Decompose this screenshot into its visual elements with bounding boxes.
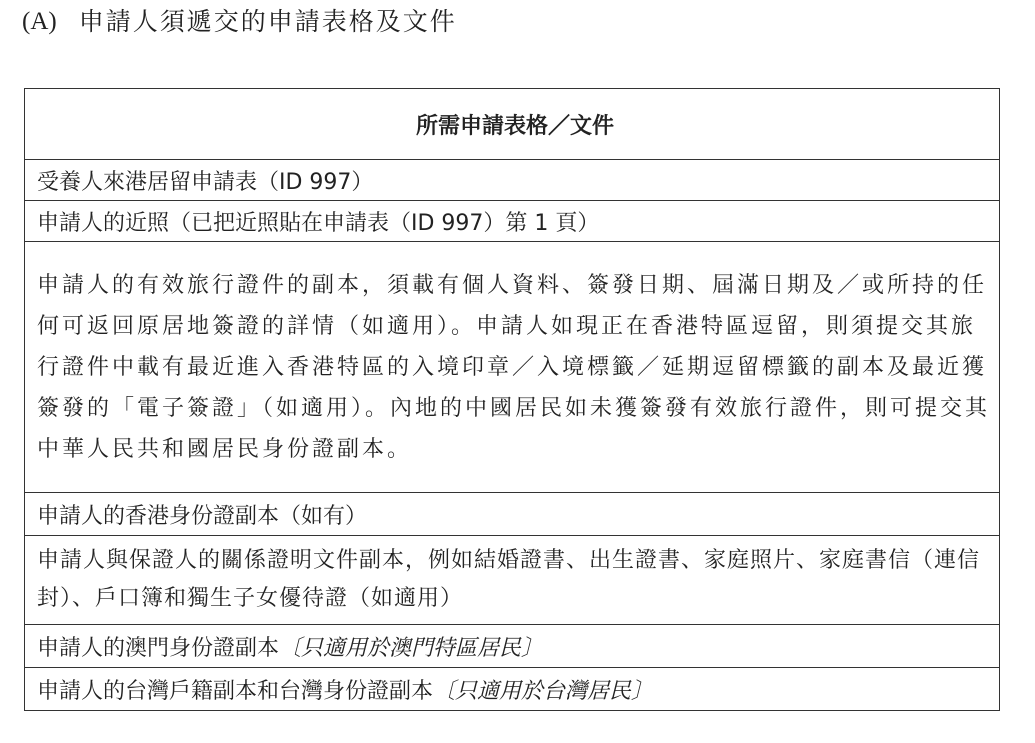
table-cell: 申請人的澳門身份證副本〔只適用於澳門特區居民〕 [25,625,1000,668]
table-row: 申請人的澳門身份證副本〔只適用於澳門特區居民〕 [25,625,1000,668]
table-row: 申請人的香港身份證副本（如有） [25,493,1000,536]
table-cell: 申請人的香港身份證副本（如有） [25,493,1000,536]
table-cell: 申請人的有效旅行證件的副本，須載有個人資料、簽發日期、屆滿日期及／或所持的任何可… [25,242,1000,493]
table-cell: 申請人與保證人的關係證明文件副本，例如結婚證書、出生證書、家庭照片、家庭書信（連… [25,536,1000,625]
section-title: 申請人須遞交的申請表格及文件 [79,4,457,40]
table-row: 受養人來港居留申請表（ID 997） [25,160,1000,201]
document-text: 受養人來港居留申請表（ID 997） [37,170,373,195]
applicability-note: 〔只適用於澳門特區居民〕 [279,636,543,661]
table-row: 申請人的有效旅行證件的副本，須載有個人資料、簽發日期、屆滿日期及／或所持的任何可… [25,242,1000,493]
table-row: 申請人的近照（已把近照貼在申請表（ID 997）第 1 頁） [25,201,1000,242]
table-cell: 受養人來港居留申請表（ID 997） [25,160,1000,201]
table-row: 申請人與保證人的關係證明文件副本，例如結婚證書、出生證書、家庭照片、家庭書信（連… [25,536,1000,625]
required-documents-table: 所需申請表格／文件 受養人來港居留申請表（ID 997） 申請人的近照（已把近照… [24,88,1000,711]
document-text: 申請人的有效旅行證件的副本，須載有個人資料、簽發日期、屆滿日期及／或所持的任何可… [37,273,990,462]
applicability-note: 〔只適用於台灣居民〕 [433,679,653,704]
document-text: 申請人的澳門身份證副本 [37,636,279,661]
table-cell: 申請人的近照（已把近照貼在申請表（ID 997）第 1 頁） [25,201,1000,242]
section-heading: (A) 申請人須遞交的申請表格及文件 [22,4,457,40]
section-label: (A) [22,4,57,40]
document-text: 申請人與保證人的關係證明文件副本，例如結婚證書、出生證書、家庭照片、家庭書信（連… [37,548,980,611]
table-row: 申請人的台灣戶籍副本和台灣身份證副本〔只適用於台灣居民〕 [25,668,1000,711]
table-header: 所需申請表格／文件 [25,89,1000,160]
document-text: 申請人的近照（已把近照貼在申請表（ID 997）第 1 頁） [37,211,599,236]
document-text: 申請人的台灣戶籍副本和台灣身份證副本 [37,679,433,704]
table-header-row: 所需申請表格／文件 [25,89,1000,160]
document-text: 申請人的香港身份證副本（如有） [37,504,367,529]
table-cell: 申請人的台灣戶籍副本和台灣身份證副本〔只適用於台灣居民〕 [25,668,1000,711]
